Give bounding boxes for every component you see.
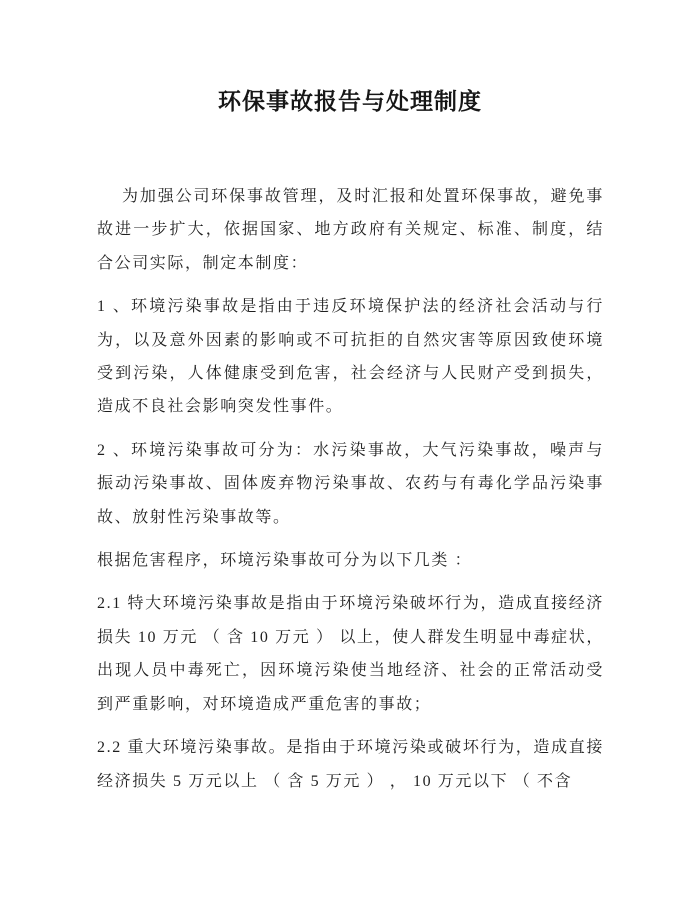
paragraph-item-1: 1 、环境污染事故是指由于违反环境保护法的经济社会活动与行为，以及意外因素的影响… (97, 290, 604, 424)
document-body: 为加强公司环保事故管理，及时汇报和处置环保事故，避免事故进一步扩大，依据国家、地… (97, 180, 604, 798)
paragraph-classification-lead: 根据危害程序，环境污染事故可分为以下几类 ： (97, 544, 604, 577)
document-page: 环保事故报告与处理制度 为加强公司环保事故管理，及时汇报和处置环保事故，避免事故… (0, 0, 700, 905)
paragraph-item-2-2: 2.2 重大环境污染事故。是指由于环境污染或破坏行为，造成直接经济损失 5 万元… (97, 731, 604, 798)
document-title: 环保事故报告与处理制度 (0, 0, 700, 117)
paragraph-item-2-1: 2.1 特大环境污染事故是指由于环境污染破坏行为，造成直接经济损失 10 万元 … (97, 587, 604, 721)
paragraph-item-2: 2 、环境污染事故可分为：水污染事故，大气污染事故，噪声与振动污染事故、固体废弃… (97, 434, 604, 534)
paragraph-intro: 为加强公司环保事故管理，及时汇报和处置环保事故，避免事故进一步扩大，依据国家、地… (97, 180, 604, 280)
